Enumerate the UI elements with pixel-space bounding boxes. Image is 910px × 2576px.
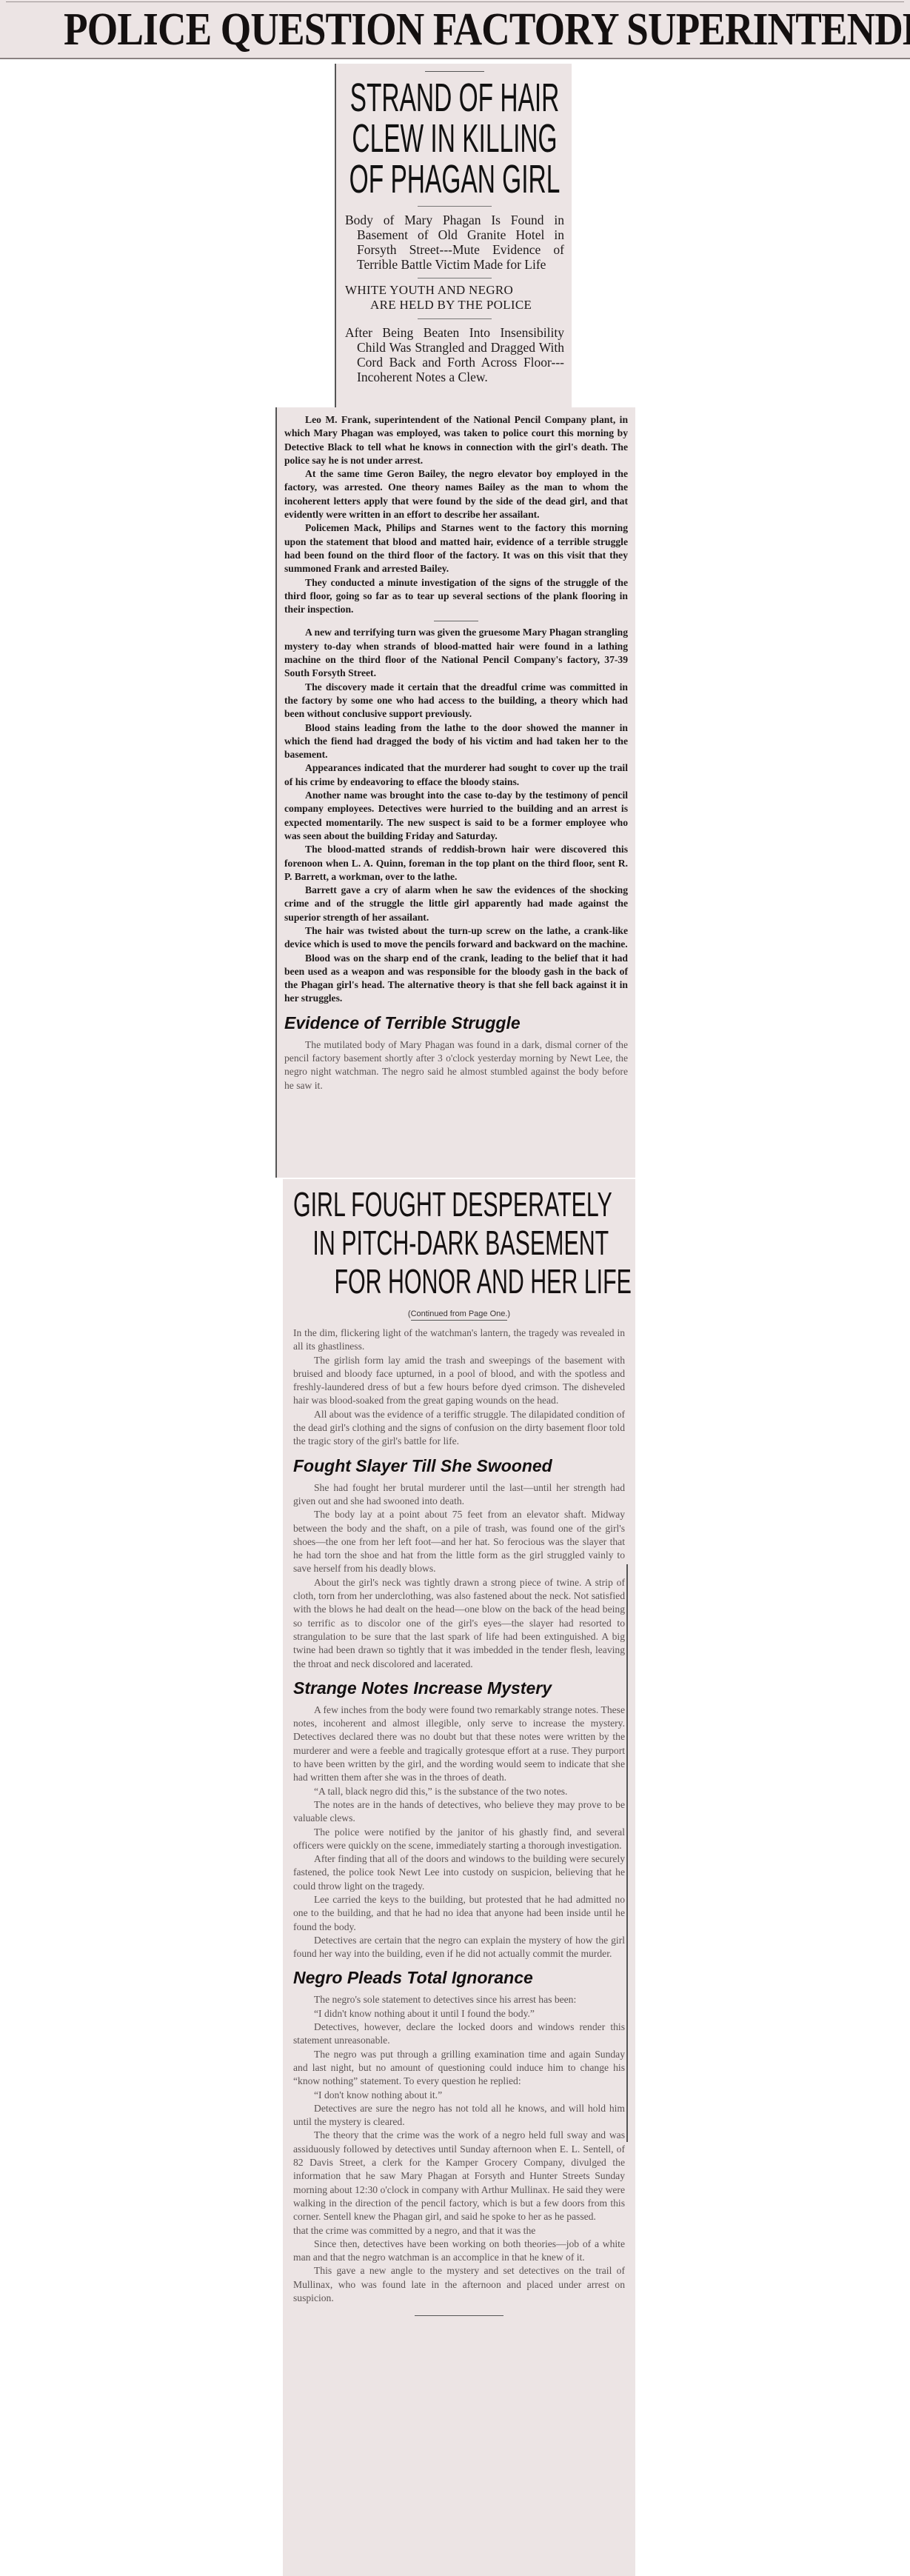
- deck-subhead-1-text: Body of Mary Phagan Is Found in Basement…: [345, 213, 564, 272]
- article-paragraph: The blood-matted strands of reddish-brow…: [284, 843, 628, 884]
- article-paragraph: The discovery made it certain that the d…: [284, 681, 628, 721]
- subhead-evidence: Evidence of Terrible Struggle: [284, 1012, 628, 1034]
- deck-subhead-3: After Being Beaten Into Insensibility Ch…: [345, 325, 564, 384]
- deck-subhead-2-line-1: WHITE YOUTH AND NEGRO: [345, 283, 513, 297]
- deck-subhead-3-text: After Being Beaten Into Insensibility Ch…: [345, 325, 564, 384]
- subhead-negro-pleads: Negro Pleads Total Ignorance: [293, 1966, 625, 1989]
- continued-rule: [411, 1320, 507, 1321]
- article-paragraph: Detectives, however, declare the locked …: [293, 2021, 625, 2048]
- article-paragraph: that the crime was committed by a negro,…: [293, 2224, 625, 2238]
- deck-headline-line-3: OF PHAGAN GIRL: [345, 159, 563, 200]
- article-paragraph: The body lay at a point about 75 feet fr…: [293, 1508, 625, 1575]
- article-paragraph: This gave a new angle to the mystery and…: [293, 2264, 625, 2305]
- article-paragraph: The theory that the crime was the work o…: [293, 2129, 625, 2223]
- article-paragraph: The negro's sole statement to detectives…: [293, 1993, 625, 2006]
- article-paragraph: The hair was twisted about the turn-up s…: [284, 924, 628, 952]
- article-paragraph: Another name was brought into the case t…: [284, 789, 628, 843]
- deck-subhead-2-line-2: ARE HELD BY THE POLICE: [345, 298, 564, 313]
- top-rule: [6, 1, 904, 2]
- deck-headline-line-2: CLEW IN KILLING: [345, 119, 563, 159]
- column2-headline-line-1: GIRL FOUGHT DESPERATELY: [293, 1185, 512, 1224]
- article-paragraph: The police were notified by the janitor …: [293, 1826, 625, 1853]
- article-paragraph: Detectives are sure the negro has not to…: [293, 2102, 625, 2129]
- article-paragraph: All about was the evidence of a teriffic…: [293, 1408, 625, 1449]
- article-paragraph: The mutilated body of Mary Phagan was fo…: [284, 1038, 628, 1092]
- article-paragraph: Barrett gave a cry of alarm when he saw …: [284, 884, 628, 924]
- deck-headline-line-1: STRAND OF HAIR: [345, 78, 563, 119]
- deck-subhead-1: Body of Mary Phagan Is Found in Basement…: [345, 213, 564, 272]
- article-paragraph: She had fought her brutal murderer until…: [293, 1481, 625, 1509]
- article-paragraph: After finding that all of the doors and …: [293, 1852, 625, 1893]
- article-paragraph: Blood stains leading from the lathe to t…: [284, 721, 628, 762]
- article-column-1: Leo M. Frank, superintendent of the Nati…: [275, 407, 635, 1178]
- subhead-fought-slayer: Fought Slayer Till She Swooned: [293, 1455, 625, 1477]
- article-paragraph: At the same time Geron Bailey, the negro…: [284, 467, 628, 521]
- column2-headline-line-3: FOR HONOR AND HER LIFE: [293, 1262, 512, 1301]
- deck-subhead-2: WHITE YOUTH AND NEGRO ARE HELD BY THE PO…: [345, 283, 564, 313]
- article-paragraph: In the dim, flickering light of the watc…: [293, 1327, 625, 1354]
- article-paragraph: They conducted a minute investigation of…: [284, 576, 628, 617]
- article-paragraph: The notes are in the hands of detectives…: [293, 1798, 625, 1826]
- article-paragraph: About the girl's neck was tightly drawn …: [293, 1576, 625, 1671]
- article-paragraph: “A tall, black negro did this,” is the s…: [293, 1785, 625, 1798]
- article-paragraph: Policemen Mack, Philips and Starnes went…: [284, 521, 628, 575]
- article-paragraph: A few inches from the body were found tw…: [293, 1704, 625, 1785]
- column-rule: [626, 1564, 628, 2142]
- article-paragraph: A new and terrifying turn was given the …: [284, 626, 628, 680]
- article-paragraph: The negro was put through a grilling exa…: [293, 2048, 625, 2089]
- article-paragraph: The girlish form lay amid the trash and …: [293, 1354, 625, 1408]
- deck-headline-block: STRAND OF HAIR CLEW IN KILLING OF PHAGAN…: [335, 64, 572, 407]
- article-paragraph: Detectives are certain that the negro ca…: [293, 1934, 625, 1961]
- banner-headline: POLICE QUESTION FACTORY SUPERINTENDENT: [64, 3, 846, 56]
- deck-separator: [418, 206, 492, 207]
- article-column-2: GIRL FOUGHT DESPERATELY IN PITCH-DARK BA…: [283, 1179, 635, 2576]
- subhead-strange-notes: Strange Notes Increase Mystery: [293, 1677, 625, 1699]
- article-paragraph: Blood was on the sharp end of the crank,…: [284, 952, 628, 1006]
- article-paragraph: “I didn't know nothing about it until I …: [293, 2007, 625, 2021]
- article-paragraph: “I don't know nothing about it.”: [293, 2089, 625, 2102]
- continued-note: (Continued from Page One.): [293, 1309, 625, 1318]
- article-paragraph: Leo M. Frank, superintendent of the Nati…: [284, 413, 628, 467]
- article-paragraph: Lee carried the keys to the building, bu…: [293, 1893, 625, 1934]
- deck-top-rule: [425, 71, 484, 72]
- article-paragraph: Appearances indicated that the murderer …: [284, 761, 628, 789]
- column2-headline-line-2: IN PITCH-DARK BASEMENT: [293, 1224, 512, 1262]
- deck-separator: [418, 318, 492, 319]
- end-rule: [415, 2315, 503, 2316]
- deck-separator: [418, 278, 492, 278]
- banner-headline-strip: POLICE QUESTION FACTORY SUPERINTENDENT: [0, 0, 910, 59]
- article-paragraph: Since then, detectives have been working…: [293, 2238, 625, 2265]
- section-rule: [434, 621, 478, 621]
